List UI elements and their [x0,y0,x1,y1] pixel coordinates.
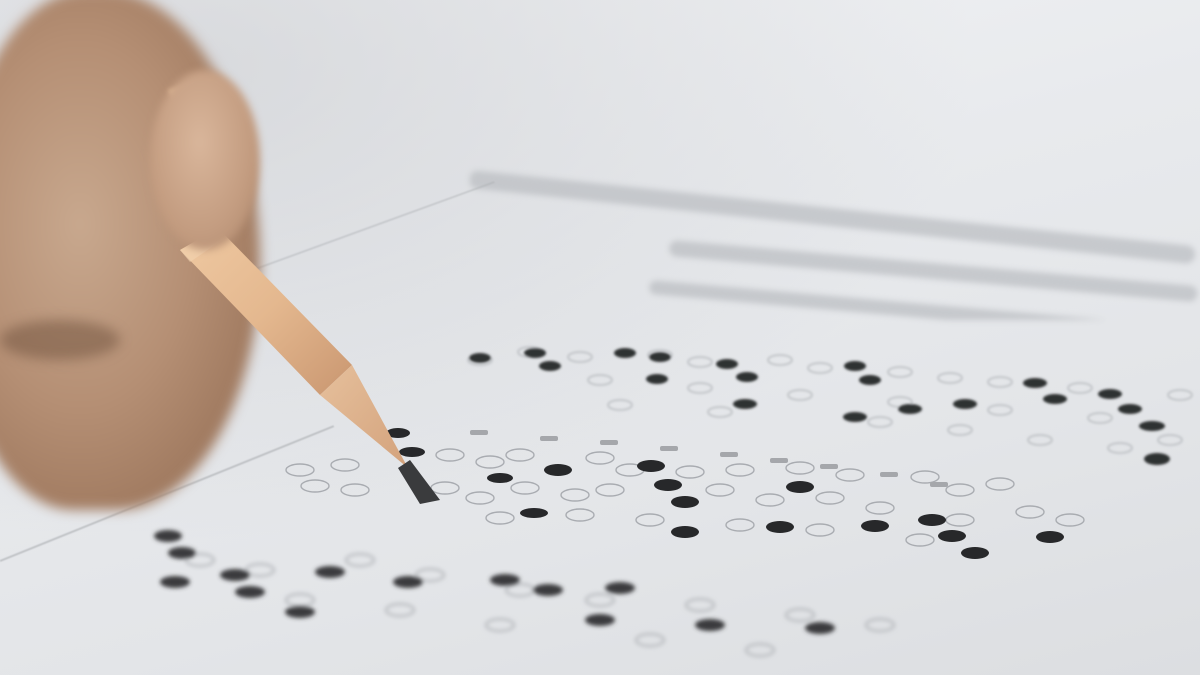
thumb [150,70,260,250]
photo-scene [0,0,1200,675]
